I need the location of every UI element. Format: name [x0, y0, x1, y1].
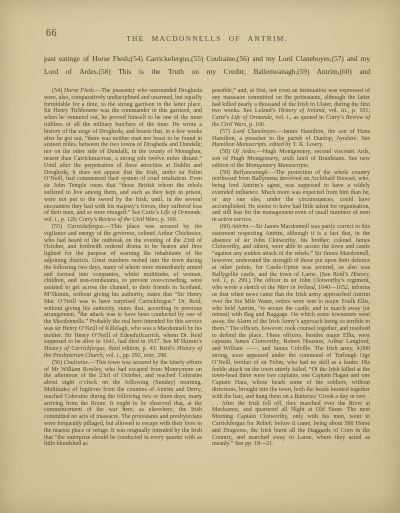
footnote-italic-text: Horse Flesh.	[64, 88, 95, 94]
footnote-continuation: possible,” and, at first, not even an in…	[212, 88, 370, 129]
running-title: THE MACDONNELLS OF ANTRIM.	[126, 34, 288, 43]
footnote-59: (59) Ballymeanagh.—The protection of the…	[212, 170, 370, 224]
footnote-text: —Sir James Macdonnell was partly correct…	[212, 224, 370, 278]
page-header: 66 THE MACDONNELLS OF ANTRIM.	[44, 28, 370, 41]
footnote-label: (56)	[52, 360, 64, 366]
footnote-54: (54) Horse Flesh.—The peasantry who surr…	[44, 88, 202, 224]
footnote-text: p. 169.	[159, 217, 177, 223]
body-paragraph: past eatinge of Horse Flesh;(54) Carrick…	[44, 52, 370, 78]
footnote-text: p. 166.	[248, 122, 266, 128]
footnote-italic-text: Of Ardes.	[233, 149, 257, 155]
footnote-italic-text: Lord Claneboyes.	[233, 129, 277, 135]
footnote-italic-text: Coulraine.	[64, 360, 90, 366]
footnote-italic-text: Review of the Civil Wars,	[99, 217, 160, 223]
footnote-italic-text: Montgomery Manuscripts.	[246, 163, 310, 169]
book-page: 66 THE MACDONNELLS OF ANTRIM. past eatin…	[0, 0, 400, 513]
footnote-italic-text: Warr in Ireland,	[277, 285, 316, 291]
footnote-text: 298.	[156, 353, 168, 359]
footnote-italic-text: Life of Ormonde,	[161, 210, 202, 216]
page-number: 66	[46, 28, 57, 39]
footnote-text: vol. i., pp. 292,	[104, 353, 143, 359]
footnote-italic-text: Carrickefergus.	[67, 224, 105, 230]
footnote-text: —The protection of the whole country nor…	[212, 170, 370, 224]
footnotes-right-column: possible,” and, at first, not even an in…	[212, 88, 370, 448]
footnote-text: —This town was secured by the timely eff…	[44, 360, 202, 448]
footnote-italic-text: Life of Ormonde,	[231, 115, 273, 121]
footnote-56: (56) Coulraine.—This town was secured by…	[44, 360, 202, 448]
footnote-text: vol. i., p. 126; Curry’s	[44, 217, 99, 223]
footnote-label: (60)	[220, 224, 232, 230]
footnote-text: —The peasantry who surrounded Drogheda w…	[44, 88, 202, 216]
footnote-text: 1640—1652, informs us that when news cam…	[212, 285, 370, 447]
footnote-label: (57)	[220, 129, 233, 135]
footnote-italic-text: History,	[351, 272, 370, 278]
footnote-label: (59)	[220, 170, 233, 176]
footnote-60: (60) Antrim.—Sir James Macdonnell was pa…	[212, 224, 370, 448]
footnote-italic-text: Antrim.	[232, 224, 250, 230]
footnote-text: vol. i., as quoted in Curry’s	[273, 115, 345, 121]
footnotes-left-column: (54) Horse Flesh.—The peasantry who surr…	[44, 88, 202, 448]
footnote-label: (54)	[52, 88, 64, 94]
footnote-text: —This place was secured by the vigilance…	[44, 224, 202, 346]
footnote-58: (58) Of Ardes.—Hugh Montgomery, second v…	[212, 149, 370, 169]
footnote-label: (55)	[52, 224, 67, 230]
footnote-57: (57) Lord Claneboyes.—James Hamilton, th…	[212, 129, 370, 149]
footnote-55: (55) Carrickefergus.—This place was secu…	[44, 224, 202, 360]
footnote-italic-text: History of Carrickfergus,	[44, 346, 106, 352]
footnote-text: third edition, p. 43; Reid’s	[106, 346, 177, 352]
footnote-italic-text: History of Ireland,	[279, 108, 326, 114]
footnote-italic-text: Ballymeanagh.	[233, 170, 269, 176]
footnotes-section: (54) Horse Flesh.—The peasantry who surr…	[44, 88, 370, 448]
footnote-label: (58)	[220, 149, 233, 155]
footnote-text: edited by T. K. Lowry.	[268, 142, 324, 148]
footnote-italic-text: Hamilton Manuscripts,	[212, 142, 268, 148]
footnote-italic-text: note,	[144, 353, 156, 359]
